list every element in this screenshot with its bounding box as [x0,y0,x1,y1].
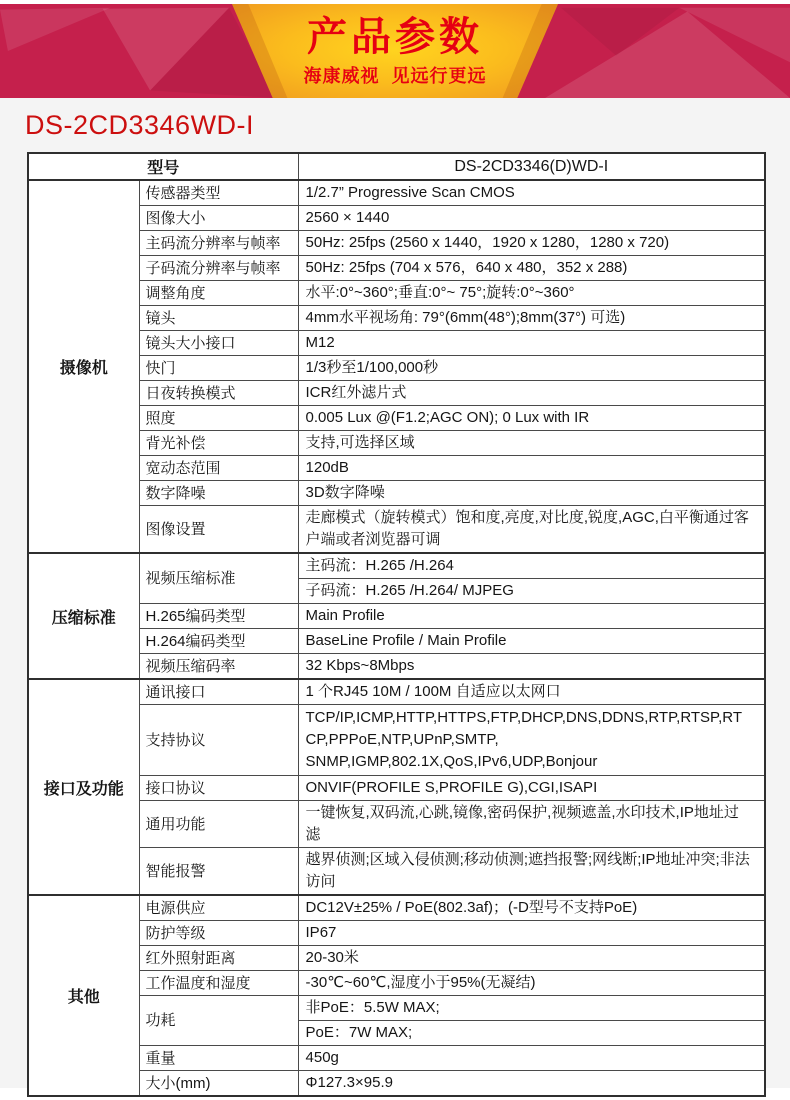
spec-value: 1/2.7” Progressive Scan CMOS [298,180,765,206]
spec-row: H.265编码类型 Main Profile [28,604,765,629]
spec-row: 功耗 非PoE：5.5W MAX; [28,996,765,1021]
spec-value: 50Hz: 25fps (704 x 576，640 x 480，352 x 2… [298,256,765,281]
spec-value: 子码流：H.265 /H.264/ MJPEG [298,579,765,604]
spec-value: TCP/IP,ICMP,HTTP,HTTPS,FTP,DHCP,DNS,DDNS… [298,705,765,776]
spec-value: BaseLine Profile / Main Profile [298,629,765,654]
spec-label: 智能报警 [139,848,298,896]
spec-value: 32 Kbps~8Mbps [298,654,765,680]
spec-value: 越界侦测;区域入侵侦测;移动侦测;遮挡报警;网线断;IP地址冲突;非法 访问 [298,848,765,896]
spec-label: 视频压缩标准 [139,553,298,604]
section-label-camera: 摄像机 [28,180,139,553]
spec-row: 宽动态范围 120dB [28,456,765,481]
spec-label: 调整角度 [139,281,298,306]
spec-row: 视频压缩码率 32 Kbps~8Mbps [28,654,765,680]
spec-label: 支持协议 [139,705,298,776]
spec-row: 图像大小 2560 × 1440 [28,206,765,231]
spec-value: PoE：7W MAX; [298,1021,765,1046]
spec-value: 50Hz: 25fps (2560 x 1440，1920 x 1280，128… [298,231,765,256]
spec-value: 走廊模式（旋转模式）饱和度,亮度,对比度,锐度,AGC,白平衡通过客 户端或者浏… [298,506,765,554]
spec-row: 防护等级 IP67 [28,921,765,946]
spec-row: 工作温度和湿度 -30℃~60℃,湿度小于95%(无凝结) [28,971,765,996]
spec-row: 镜头大小接口 M12 [28,331,765,356]
spec-value: 1/3秒至1/100,000秒 [298,356,765,381]
spec-label: 图像大小 [139,206,298,231]
spec-row: 智能报警 越界侦测;区域入侵侦测;移动侦测;遮挡报警;网线断;IP地址冲突;非法… [28,848,765,896]
spec-label: 背光补偿 [139,431,298,456]
spec-value: 2560 × 1440 [298,206,765,231]
spec-label: 通用功能 [139,801,298,848]
spec-label: 宽动态范围 [139,456,298,481]
spec-table: 型号 DS-2CD3346(D)WD-I 摄像机 传感器类型 1/2.7” Pr… [27,152,766,1097]
spec-label: 数字降噪 [139,481,298,506]
spec-label: 视频压缩码率 [139,654,298,680]
spec-row: 接口及功能 通讯接口 1 个RJ45 10M / 100M 自适应以太网口 [28,679,765,705]
section-label-interface: 接口及功能 [28,679,139,895]
banner-ribbon: 产品参数 海康威视 见远行更远 [0,4,790,98]
spec-row: 摄像机 传感器类型 1/2.7” Progressive Scan CMOS [28,180,765,206]
spec-value: 3D数字降噪 [298,481,765,506]
spec-label: 工作温度和湿度 [139,971,298,996]
spec-value: 0.005 Lux @(F1.2;AGC ON); 0 Lux with IR [298,406,765,431]
spec-label: 重量 [139,1046,298,1071]
spec-label: 照度 [139,406,298,431]
spec-row: 主码流分辨率与帧率 50Hz: 25fps (2560 x 1440，1920 … [28,231,765,256]
spec-label: 镜头 [139,306,298,331]
spec-row: 重量 450g [28,1046,765,1071]
banner-subtitle: 海康威视 见远行更远 [232,62,558,88]
spec-label: 功耗 [139,996,298,1046]
spec-label: 日夜转换模式 [139,381,298,406]
spec-row: 接口协议 ONVIF(PROFILE S,PROFILE G),CGI,ISAP… [28,776,765,801]
spec-value: ICR红外滤片式 [298,381,765,406]
spec-row: 红外照射距离 20-30米 [28,946,765,971]
spec-label: 红外照射距离 [139,946,298,971]
spec-value: IP67 [298,921,765,946]
model-header-value: DS-2CD3346(D)WD-I [298,153,765,180]
spec-row: 其他 电源供应 DC12V±25% / PoE(802.3af)；(-D型号不支… [28,895,765,921]
spec-label: 防护等级 [139,921,298,946]
spec-value: 非PoE：5.5W MAX; [298,996,765,1021]
spec-label: 镜头大小接口 [139,331,298,356]
spec-value: Φ127.3×95.9 [298,1071,765,1097]
spec-label: 传感器类型 [139,180,298,206]
spec-row: 调整角度 水平:0°~360°;垂直:0°~ 75°;旋转:0°~360° [28,281,765,306]
spec-value: 20-30米 [298,946,765,971]
spec-value: ONVIF(PROFILE S,PROFILE G),CGI,ISAPI [298,776,765,801]
spec-row: 日夜转换模式 ICR红外滤片式 [28,381,765,406]
spec-label: 主码流分辨率与帧率 [139,231,298,256]
product-model-title: DS-2CD3346WD-I [25,110,254,141]
spec-label: 快门 [139,356,298,381]
section-label-compression: 压缩标准 [28,553,139,679]
spec-row: 支持协议 TCP/IP,ICMP,HTTP,HTTPS,FTP,DHCP,DNS… [28,705,765,776]
spec-label: 电源供应 [139,895,298,921]
spec-row: 背光补偿 支持,可选择区域 [28,431,765,456]
spec-value: 450g [298,1046,765,1071]
spec-label: H.265编码类型 [139,604,298,629]
spec-value: 120dB [298,456,765,481]
spec-row: 数字降噪 3D数字降噪 [28,481,765,506]
spec-row: H.264编码类型 BaseLine Profile / Main Profil… [28,629,765,654]
banner-center-plate: 产品参数 海康威视 见远行更远 [232,4,558,98]
spec-value: Main Profile [298,604,765,629]
spec-value: M12 [298,331,765,356]
spec-value: 1 个RJ45 10M / 100M 自适应以太网口 [298,679,765,705]
spec-row: 图像设置 走廊模式（旋转模式）饱和度,亮度,对比度,锐度,AGC,白平衡通过客 … [28,506,765,554]
spec-value: 主码流：H.265 /H.264 [298,553,765,579]
spec-header-row: 型号 DS-2CD3346(D)WD-I [28,153,765,180]
spec-label: H.264编码类型 [139,629,298,654]
model-header-label: 型号 [28,153,298,180]
spec-value: -30℃~60℃,湿度小于95%(无凝结) [298,971,765,996]
spec-value: 一键恢复,双码流,心跳,镜像,密码保护,视频遮盖,水印技术,IP地址过 滤 [298,801,765,848]
spec-row: 照度 0.005 Lux @(F1.2;AGC ON); 0 Lux with … [28,406,765,431]
spec-label: 通讯接口 [139,679,298,705]
banner-title: 产品参数 [232,15,558,59]
section-label-other: 其他 [28,895,139,1096]
spec-label: 接口协议 [139,776,298,801]
spec-row: 通用功能 一键恢复,双码流,心跳,镜像,密码保护,视频遮盖,水印技术,IP地址过… [28,801,765,848]
spec-value: 支持,可选择区域 [298,431,765,456]
spec-label: 图像设置 [139,506,298,554]
spec-value: DC12V±25% / PoE(802.3af)；(-D型号不支持PoE) [298,895,765,921]
spec-row: 大小(mm) Φ127.3×95.9 [28,1071,765,1097]
spec-row: 快门 1/3秒至1/100,000秒 [28,356,765,381]
spec-value: 4mm水平视场角: 79°(6mm(48°);8mm(37°) 可选) [298,306,765,331]
spec-label: 子码流分辨率与帧率 [139,256,298,281]
spec-value: 水平:0°~360°;垂直:0°~ 75°;旋转:0°~360° [298,281,765,306]
spec-row: 镜头 4mm水平视场角: 79°(6mm(48°);8mm(37°) 可选) [28,306,765,331]
spec-label: 大小(mm) [139,1071,298,1097]
spec-row: 子码流分辨率与帧率 50Hz: 25fps (704 x 576，640 x 4… [28,256,765,281]
spec-row: 压缩标准 视频压缩标准 主码流：H.265 /H.264 [28,553,765,579]
